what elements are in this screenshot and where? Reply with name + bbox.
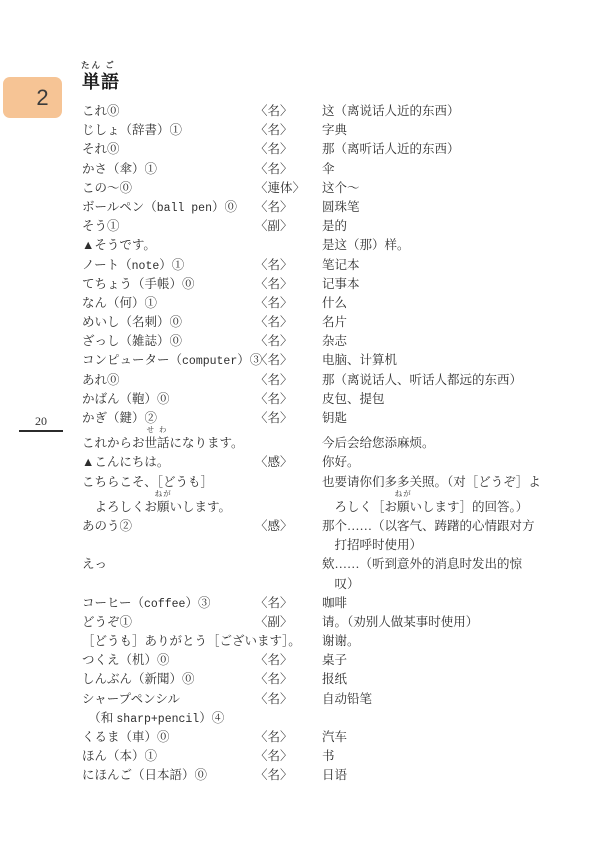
chinese-meaning: 圆珠笔 bbox=[322, 198, 590, 217]
chinese-meaning: 这个～ bbox=[322, 179, 590, 198]
japanese-term: つくえ（机）⓪ bbox=[82, 651, 255, 670]
furigana-base: 世せ bbox=[145, 434, 158, 453]
chinese-meaning: 什么 bbox=[322, 294, 590, 313]
vocab-line: あのう②〈感〉那个……（以客气、踌躇的心情跟对方 bbox=[82, 517, 590, 536]
chinese-meaning: 你好。 bbox=[322, 453, 590, 472]
japanese-term: ほん（本）① bbox=[82, 747, 255, 766]
part-of-speech-tag: 〈名〉 bbox=[255, 140, 322, 159]
furigana-base: 話わ bbox=[157, 434, 170, 453]
lesson-number-badge: 2 bbox=[3, 77, 62, 118]
latin-text: ball pen bbox=[157, 202, 212, 215]
japanese-term: かばん（鞄）⓪ bbox=[82, 390, 255, 409]
page-number: 20 bbox=[19, 414, 63, 432]
chinese-meaning: 咖啡 bbox=[322, 594, 590, 613]
vocab-line: じしょ（辞書）①〈名〉字典 bbox=[82, 121, 590, 140]
vocab-line: えっ欸……（听到意外的消息时发出的惊 bbox=[82, 555, 590, 574]
part-of-speech-tag: 〈名〉 bbox=[255, 351, 322, 370]
japanese-term: しんぶん（新聞）⓪ bbox=[82, 670, 255, 689]
vocab-line: ほん（本）①〈名〉书 bbox=[82, 747, 590, 766]
part-of-speech-tag bbox=[255, 236, 322, 255]
vocab-line: この～⓪〈連体〉这个～ bbox=[82, 179, 590, 198]
furigana: せ bbox=[147, 426, 156, 434]
part-of-speech-tag: 〈副〉 bbox=[255, 217, 322, 236]
section-title: 単たん語ご bbox=[82, 69, 120, 95]
chinese-meaning: 电脑、计算机 bbox=[322, 351, 590, 370]
vocab-list: これ⓪〈名〉这（离说话人近的东西）じしょ（辞書）①〈名〉字典それ⓪〈名〉那（离听… bbox=[82, 102, 590, 786]
part-of-speech-tag: 〈名〉 bbox=[255, 728, 322, 747]
chinese-meaning: 名片 bbox=[322, 313, 590, 332]
vocab-line: ざっし（雑誌）⓪〈名〉杂志 bbox=[82, 332, 590, 351]
part-of-speech-tag: 〈名〉 bbox=[255, 294, 322, 313]
japanese-term: ボールペン（ball pen）⓪ bbox=[82, 198, 255, 217]
chinese-meaning: 谢谢。 bbox=[322, 632, 590, 651]
japanese-term: なん（何）① bbox=[82, 294, 255, 313]
vocab-line: ［どうも］ありがとう［ございます］。谢谢。 bbox=[82, 632, 590, 651]
japanese-term: かぎ（鍵）② bbox=[82, 409, 255, 428]
chinese-meaning: 汽车 bbox=[322, 728, 590, 747]
chinese-meaning: 记事本 bbox=[322, 275, 590, 294]
part-of-speech-tag: 〈名〉 bbox=[255, 332, 322, 351]
vocab-line: よろしくお願ねがいします。 ろしく［お願ねがいします］的回答。） bbox=[82, 492, 590, 517]
furigana-base: 語ご bbox=[101, 69, 120, 95]
vocab-line: にほんご（日本語）⓪〈名〉日语 bbox=[82, 766, 590, 785]
part-of-speech-tag bbox=[255, 632, 322, 651]
part-of-speech-tag: 〈名〉 bbox=[255, 256, 322, 275]
furigana: たん bbox=[81, 61, 102, 70]
japanese-term: この～⓪ bbox=[82, 179, 255, 198]
furigana: ねが bbox=[395, 490, 412, 498]
part-of-speech-tag: 〈名〉 bbox=[255, 747, 322, 766]
vocab-line: つくえ（机）⓪〈名〉桌子 bbox=[82, 651, 590, 670]
japanese-term: そう① bbox=[82, 217, 255, 236]
furigana-base: 願ねが bbox=[397, 498, 410, 517]
vocab-line: これからお世せ話わになります。今后会给您添麻烦。 bbox=[82, 428, 590, 453]
vocab-line: コンピューター（computer）③〈名〉电脑、计算机 bbox=[82, 351, 590, 370]
japanese-term: それ⓪ bbox=[82, 140, 255, 159]
chinese-meaning: 日语 bbox=[322, 766, 590, 785]
chinese-meaning: 钥匙 bbox=[322, 409, 590, 428]
vocab-line: ボールペン（ball pen）⓪〈名〉圆珠笔 bbox=[82, 198, 590, 217]
japanese-term: くるま（車）⓪ bbox=[82, 728, 255, 747]
vocab-line: しんぶん（新聞）⓪〈名〉报纸 bbox=[82, 670, 590, 689]
part-of-speech-tag: 〈連体〉 bbox=[255, 179, 322, 198]
japanese-term: ▲そうです。 bbox=[82, 236, 255, 255]
vocab-line: コーヒー（coffee）③〈名〉咖啡 bbox=[82, 594, 590, 613]
chinese-meaning: 报纸 bbox=[322, 670, 590, 689]
vocab-line: これ⓪〈名〉这（离说话人近的东西） bbox=[82, 102, 590, 121]
part-of-speech-tag: 〈感〉 bbox=[255, 517, 322, 536]
japanese-term: （和 sharp+pencil）④ bbox=[82, 709, 255, 728]
vocab-line: かばん（鞄）⓪〈名〉皮包、提包 bbox=[82, 390, 590, 409]
vocab-line: くるま（車）⓪〈名〉汽车 bbox=[82, 728, 590, 747]
japanese-term bbox=[82, 536, 255, 555]
chinese-meaning: 笔记本 bbox=[322, 256, 590, 275]
part-of-speech-tag: 〈名〉 bbox=[255, 766, 322, 785]
latin-text: note bbox=[132, 260, 160, 273]
japanese-term: これからお世せ話わになります。 bbox=[82, 434, 255, 453]
japanese-term bbox=[82, 575, 255, 594]
part-of-speech-tag: 〈名〉 bbox=[255, 371, 322, 390]
latin-text: computer bbox=[182, 355, 237, 368]
chinese-meaning: 字典 bbox=[322, 121, 590, 140]
chinese-meaning: 桌子 bbox=[322, 651, 590, 670]
japanese-term: にほんご（日本語）⓪ bbox=[82, 766, 255, 785]
japanese-term: あれ⓪ bbox=[82, 371, 255, 390]
part-of-speech-tag bbox=[255, 555, 322, 574]
vocab-line: そう①〈副〉是的 bbox=[82, 217, 590, 236]
japanese-term: えっ bbox=[82, 555, 255, 574]
vocab-line: それ⓪〈名〉那（离听话人近的东西） bbox=[82, 140, 590, 159]
japanese-term: コンピューター（computer）③ bbox=[82, 351, 255, 370]
part-of-speech-tag: 〈名〉 bbox=[255, 275, 322, 294]
japanese-term: てちょう（手帳）⓪ bbox=[82, 275, 255, 294]
japanese-term: ［どうも］ありがとう［ございます］。 bbox=[82, 632, 255, 651]
part-of-speech-tag: 〈名〉 bbox=[255, 670, 322, 689]
vocab-line: なん（何）①〈名〉什么 bbox=[82, 294, 590, 313]
chinese-meaning: 杂志 bbox=[322, 332, 590, 351]
part-of-speech-tag: 〈感〉 bbox=[255, 453, 322, 472]
furigana: ご bbox=[105, 61, 116, 70]
chinese-meaning: 皮包、提包 bbox=[322, 390, 590, 409]
chinese-meaning: 自动铅笔 bbox=[322, 690, 590, 709]
chinese-meaning: 伞 bbox=[322, 160, 590, 179]
part-of-speech-tag: 〈副〉 bbox=[255, 613, 322, 632]
furigana: わ bbox=[159, 426, 168, 434]
japanese-term: どうぞ① bbox=[82, 613, 255, 632]
latin-text: coffee bbox=[144, 598, 185, 611]
part-of-speech-tag bbox=[255, 709, 322, 728]
chinese-meaning: 书 bbox=[322, 747, 590, 766]
vocab-line: めいし（名刺）⓪〈名〉名片 bbox=[82, 313, 590, 332]
part-of-speech-tag: 〈名〉 bbox=[255, 594, 322, 613]
chinese-meaning: 打招呼时使用） bbox=[322, 536, 590, 555]
japanese-term: これ⓪ bbox=[82, 102, 255, 121]
chinese-meaning: 那个……（以客气、踌躇的心情跟对方 bbox=[322, 517, 590, 536]
part-of-speech-tag: 〈名〉 bbox=[255, 160, 322, 179]
chinese-meaning: 这（离说话人近的东西） bbox=[322, 102, 590, 121]
japanese-term: シャープペンシル bbox=[82, 690, 255, 709]
vocab-line: どうぞ①〈副〉请。（劝别人做某事时使用） bbox=[82, 613, 590, 632]
furigana-base: 単たん bbox=[82, 69, 101, 95]
part-of-speech-tag: 〈名〉 bbox=[255, 409, 322, 428]
chinese-meaning bbox=[322, 709, 590, 728]
part-of-speech-tag: 〈名〉 bbox=[255, 198, 322, 217]
vocab-line: ▲こんにちは。〈感〉你好。 bbox=[82, 453, 590, 472]
vocab-line: かさ（傘）①〈名〉伞 bbox=[82, 160, 590, 179]
part-of-speech-tag: 〈名〉 bbox=[255, 390, 322, 409]
vocab-line: 打招呼时使用） bbox=[82, 536, 590, 555]
furigana-base: 願ねが bbox=[157, 498, 170, 517]
furigana: ねが bbox=[155, 490, 172, 498]
chinese-meaning: 叹） bbox=[322, 575, 590, 594]
japanese-term: じしょ（辞書）① bbox=[82, 121, 255, 140]
japanese-term: あのう② bbox=[82, 517, 255, 536]
part-of-speech-tag: 〈名〉 bbox=[255, 690, 322, 709]
vocab-line: てちょう（手帳）⓪〈名〉记事本 bbox=[82, 275, 590, 294]
japanese-term: ノート（note）① bbox=[82, 256, 255, 275]
chinese-meaning: 那（离听话人近的东西） bbox=[322, 140, 590, 159]
part-of-speech-tag: 〈名〉 bbox=[255, 313, 322, 332]
part-of-speech-tag bbox=[255, 473, 322, 492]
chinese-meaning: ろしく［お願ねがいします］的回答。） bbox=[322, 498, 590, 517]
vocab-line: シャープペンシル〈名〉自动铅笔 bbox=[82, 690, 590, 709]
part-of-speech-tag: 〈名〉 bbox=[255, 102, 322, 121]
japanese-term: ▲こんにちは。 bbox=[82, 453, 255, 472]
textbook-page: 2 単たん語ご 20 これ⓪〈名〉这（离说话人近的东西）じしょ（辞書）①〈名〉字… bbox=[0, 0, 616, 855]
japanese-term: かさ（傘）① bbox=[82, 160, 255, 179]
japanese-term: ざっし（雑誌）⓪ bbox=[82, 332, 255, 351]
part-of-speech-tag bbox=[255, 575, 322, 594]
chinese-meaning: 是的 bbox=[322, 217, 590, 236]
chinese-meaning: 是这（那）样。 bbox=[322, 236, 590, 255]
vocab-line: ノート（note）①〈名〉笔记本 bbox=[82, 256, 590, 275]
vocab-line: あれ⓪〈名〉那（离说话人、听话人都远的东西） bbox=[82, 371, 590, 390]
part-of-speech-tag bbox=[255, 536, 322, 555]
chinese-meaning: 那（离说话人、听话人都远的东西） bbox=[322, 371, 590, 390]
chinese-meaning: 今后会给您添麻烦。 bbox=[322, 434, 590, 453]
vocab-line: （和 sharp+pencil）④ bbox=[82, 709, 590, 728]
vocab-line: ▲そうです。是这（那）样。 bbox=[82, 236, 590, 255]
japanese-term: めいし（名刺）⓪ bbox=[82, 313, 255, 332]
latin-text: sharp+pencil bbox=[116, 713, 199, 726]
chinese-meaning: 请。（劝别人做某事时使用） bbox=[322, 613, 590, 632]
japanese-term: よろしくお願ねがいします。 bbox=[82, 498, 255, 517]
chinese-meaning: 欸……（听到意外的消息时发出的惊 bbox=[322, 555, 590, 574]
vocab-line: 叹） bbox=[82, 575, 590, 594]
part-of-speech-tag: 〈名〉 bbox=[255, 651, 322, 670]
part-of-speech-tag: 〈名〉 bbox=[255, 121, 322, 140]
chinese-meaning: 也要请你们多多关照。（对［どうぞ］よ bbox=[322, 473, 590, 492]
japanese-term: コーヒー（coffee）③ bbox=[82, 594, 255, 613]
